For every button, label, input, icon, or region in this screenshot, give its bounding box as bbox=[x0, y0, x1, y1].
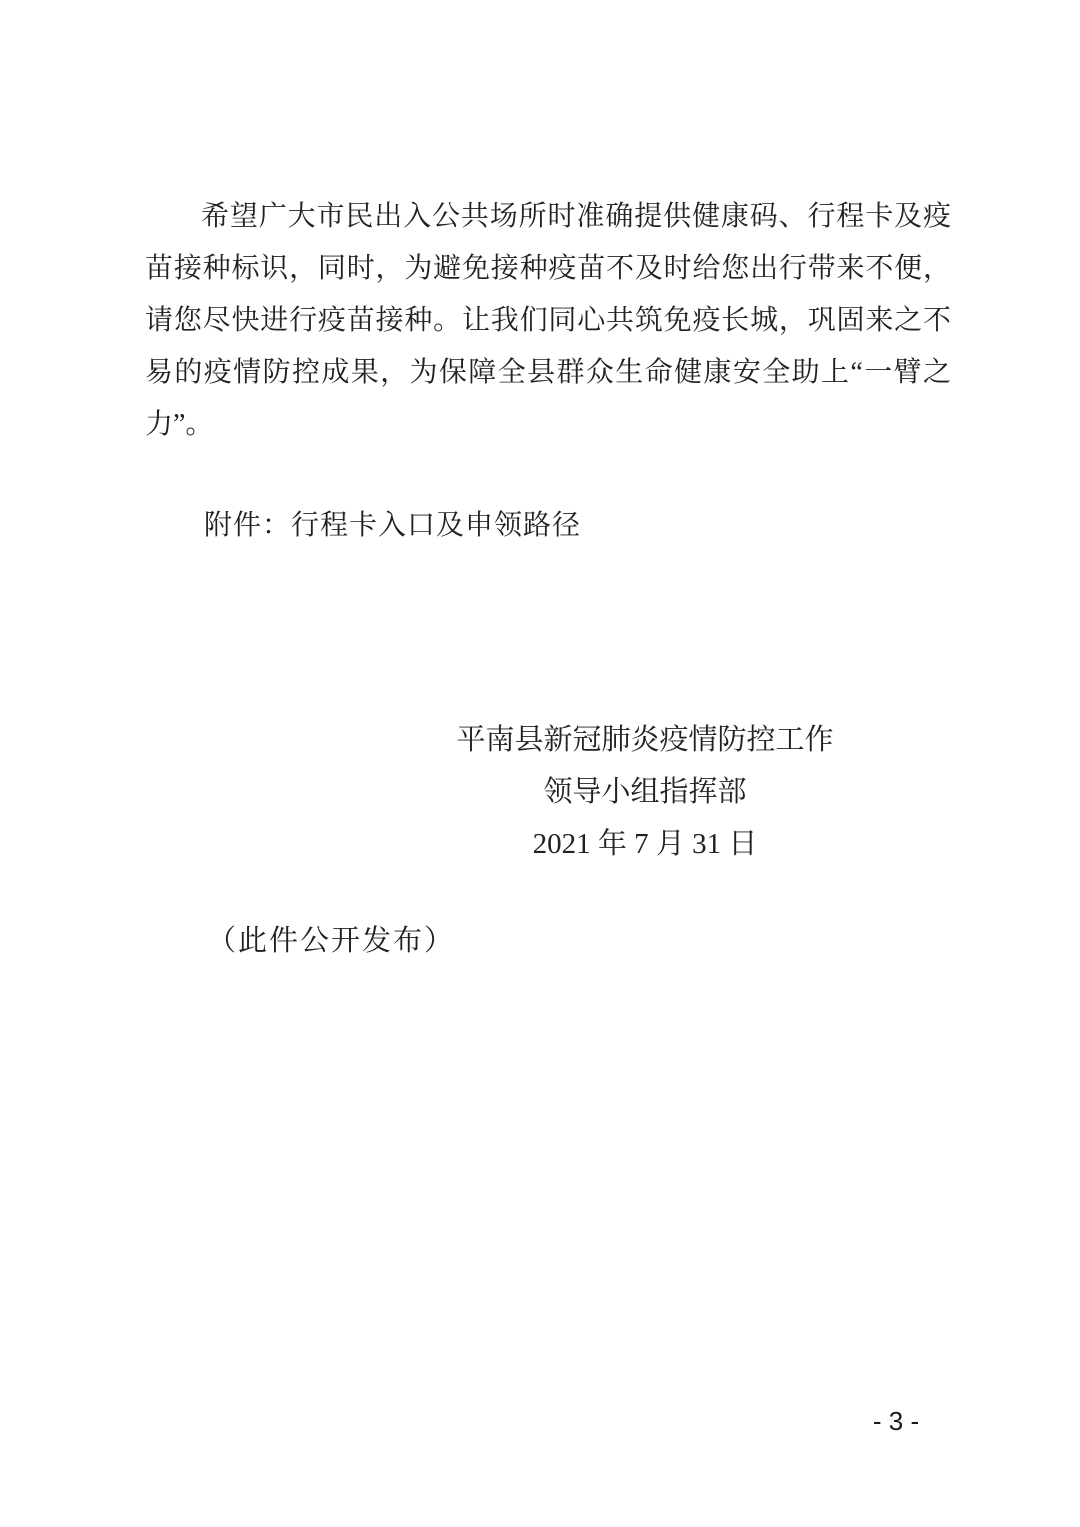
attachment-line: 附件：行程卡入口及申领路径 bbox=[204, 506, 581, 546]
paragraph-line: 希望广大市民出入公共场所时准确提供健康码、行程卡及疫 bbox=[145, 191, 951, 243]
paragraph-line: 力”。 bbox=[145, 399, 951, 451]
page-number: - 3 - bbox=[846, 1406, 946, 1437]
signature-org-line-2: 领导小组指挥部 bbox=[395, 766, 895, 818]
paragraph-line: 苗接种标识，同时，为避免接种疫苗不及时给您出行带来不便， bbox=[145, 243, 951, 295]
body-paragraph: 希望广大市民出入公共场所时准确提供健康码、行程卡及疫 苗接种标识，同时，为避免接… bbox=[145, 191, 951, 451]
document-page: 希望广大市民出入公共场所时准确提供健康码、行程卡及疫 苗接种标识，同时，为避免接… bbox=[0, 0, 1080, 1527]
paragraph-line: 请您尽快进行疫苗接种。让我们同心共筑免疫长城，巩固来之不 bbox=[145, 295, 951, 347]
publish-note: （此件公开发布） bbox=[207, 921, 455, 961]
signature-block: 平南县新冠肺炎疫情防控工作 领导小组指挥部 2021 年 7 月 31 日 bbox=[395, 714, 895, 870]
signature-org-line-1: 平南县新冠肺炎疫情防控工作 bbox=[395, 714, 895, 766]
paragraph-line: 易的疫情防控成果，为保障全县群众生命健康安全助上“一臂之 bbox=[145, 347, 951, 399]
signature-date-line: 2021 年 7 月 31 日 bbox=[395, 818, 895, 870]
